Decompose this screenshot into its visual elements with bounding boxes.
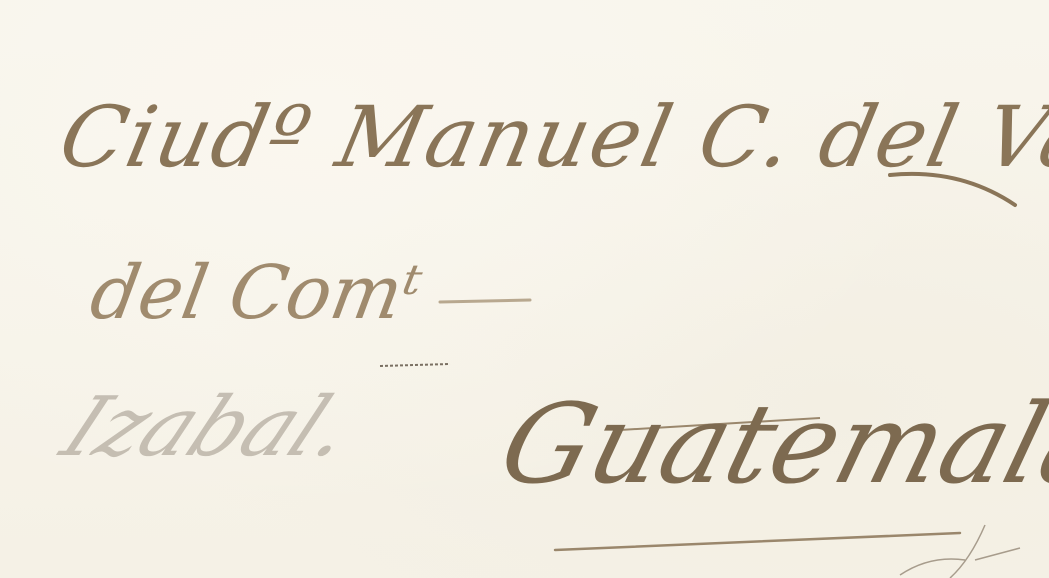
letter-paper: Ciudº Manuel C. del Valle del Comᵗ Izaba… (0, 0, 1049, 578)
destination-line: Guatemala (488, 380, 1049, 508)
izabal-postmark: Izabal. (48, 380, 370, 475)
addressee-line: Ciudº Manuel C. del Valle (52, 88, 1049, 186)
title-line: del Comᵗ (84, 250, 427, 336)
